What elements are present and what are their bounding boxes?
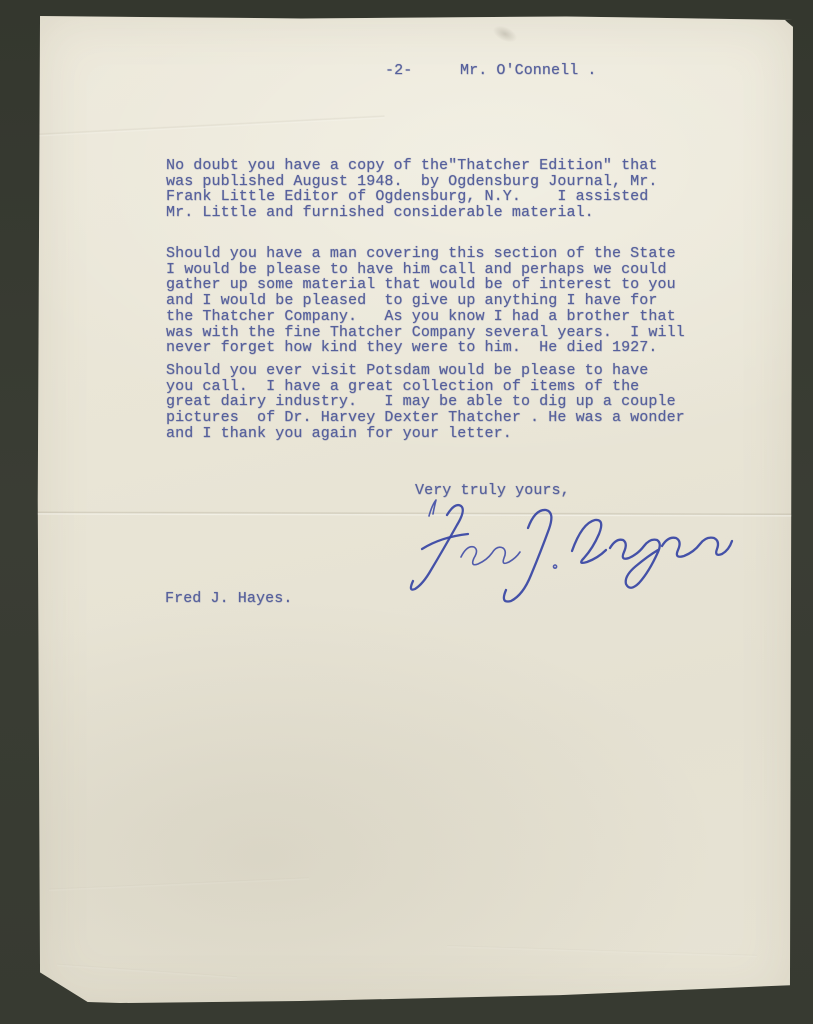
fold-crease-top [37,115,384,137]
scan-background: -2- Mr. O'Connell . No doubt you have a … [0,0,813,1024]
paragraph-visit-potsdam: Should you ever visit Potsdam would be p… [166,363,685,442]
paper-smudge [490,22,519,46]
handwritten-signature [395,492,740,617]
fold-crease-middle [37,511,793,517]
valediction: Very truly yours, [415,483,570,499]
page-number: -2- [385,63,412,79]
paragraph-man-covering-section: Should you have a man covering this sect… [166,246,685,356]
paper-wrinkle [57,964,237,980]
torn-corner-mark [780,17,793,28]
paper-wrinkle [447,945,757,958]
paper-wrinkle [49,877,309,891]
paragraph-thatcher-edition: No doubt you have a copy of the"Thatcher… [166,158,657,221]
typed-signature-name: Fred J. Hayes. [165,591,292,607]
letter-page: -2- Mr. O'Connell . No doubt you have a … [37,15,793,1005]
header-recipient: Mr. O'Connell . [460,63,597,79]
